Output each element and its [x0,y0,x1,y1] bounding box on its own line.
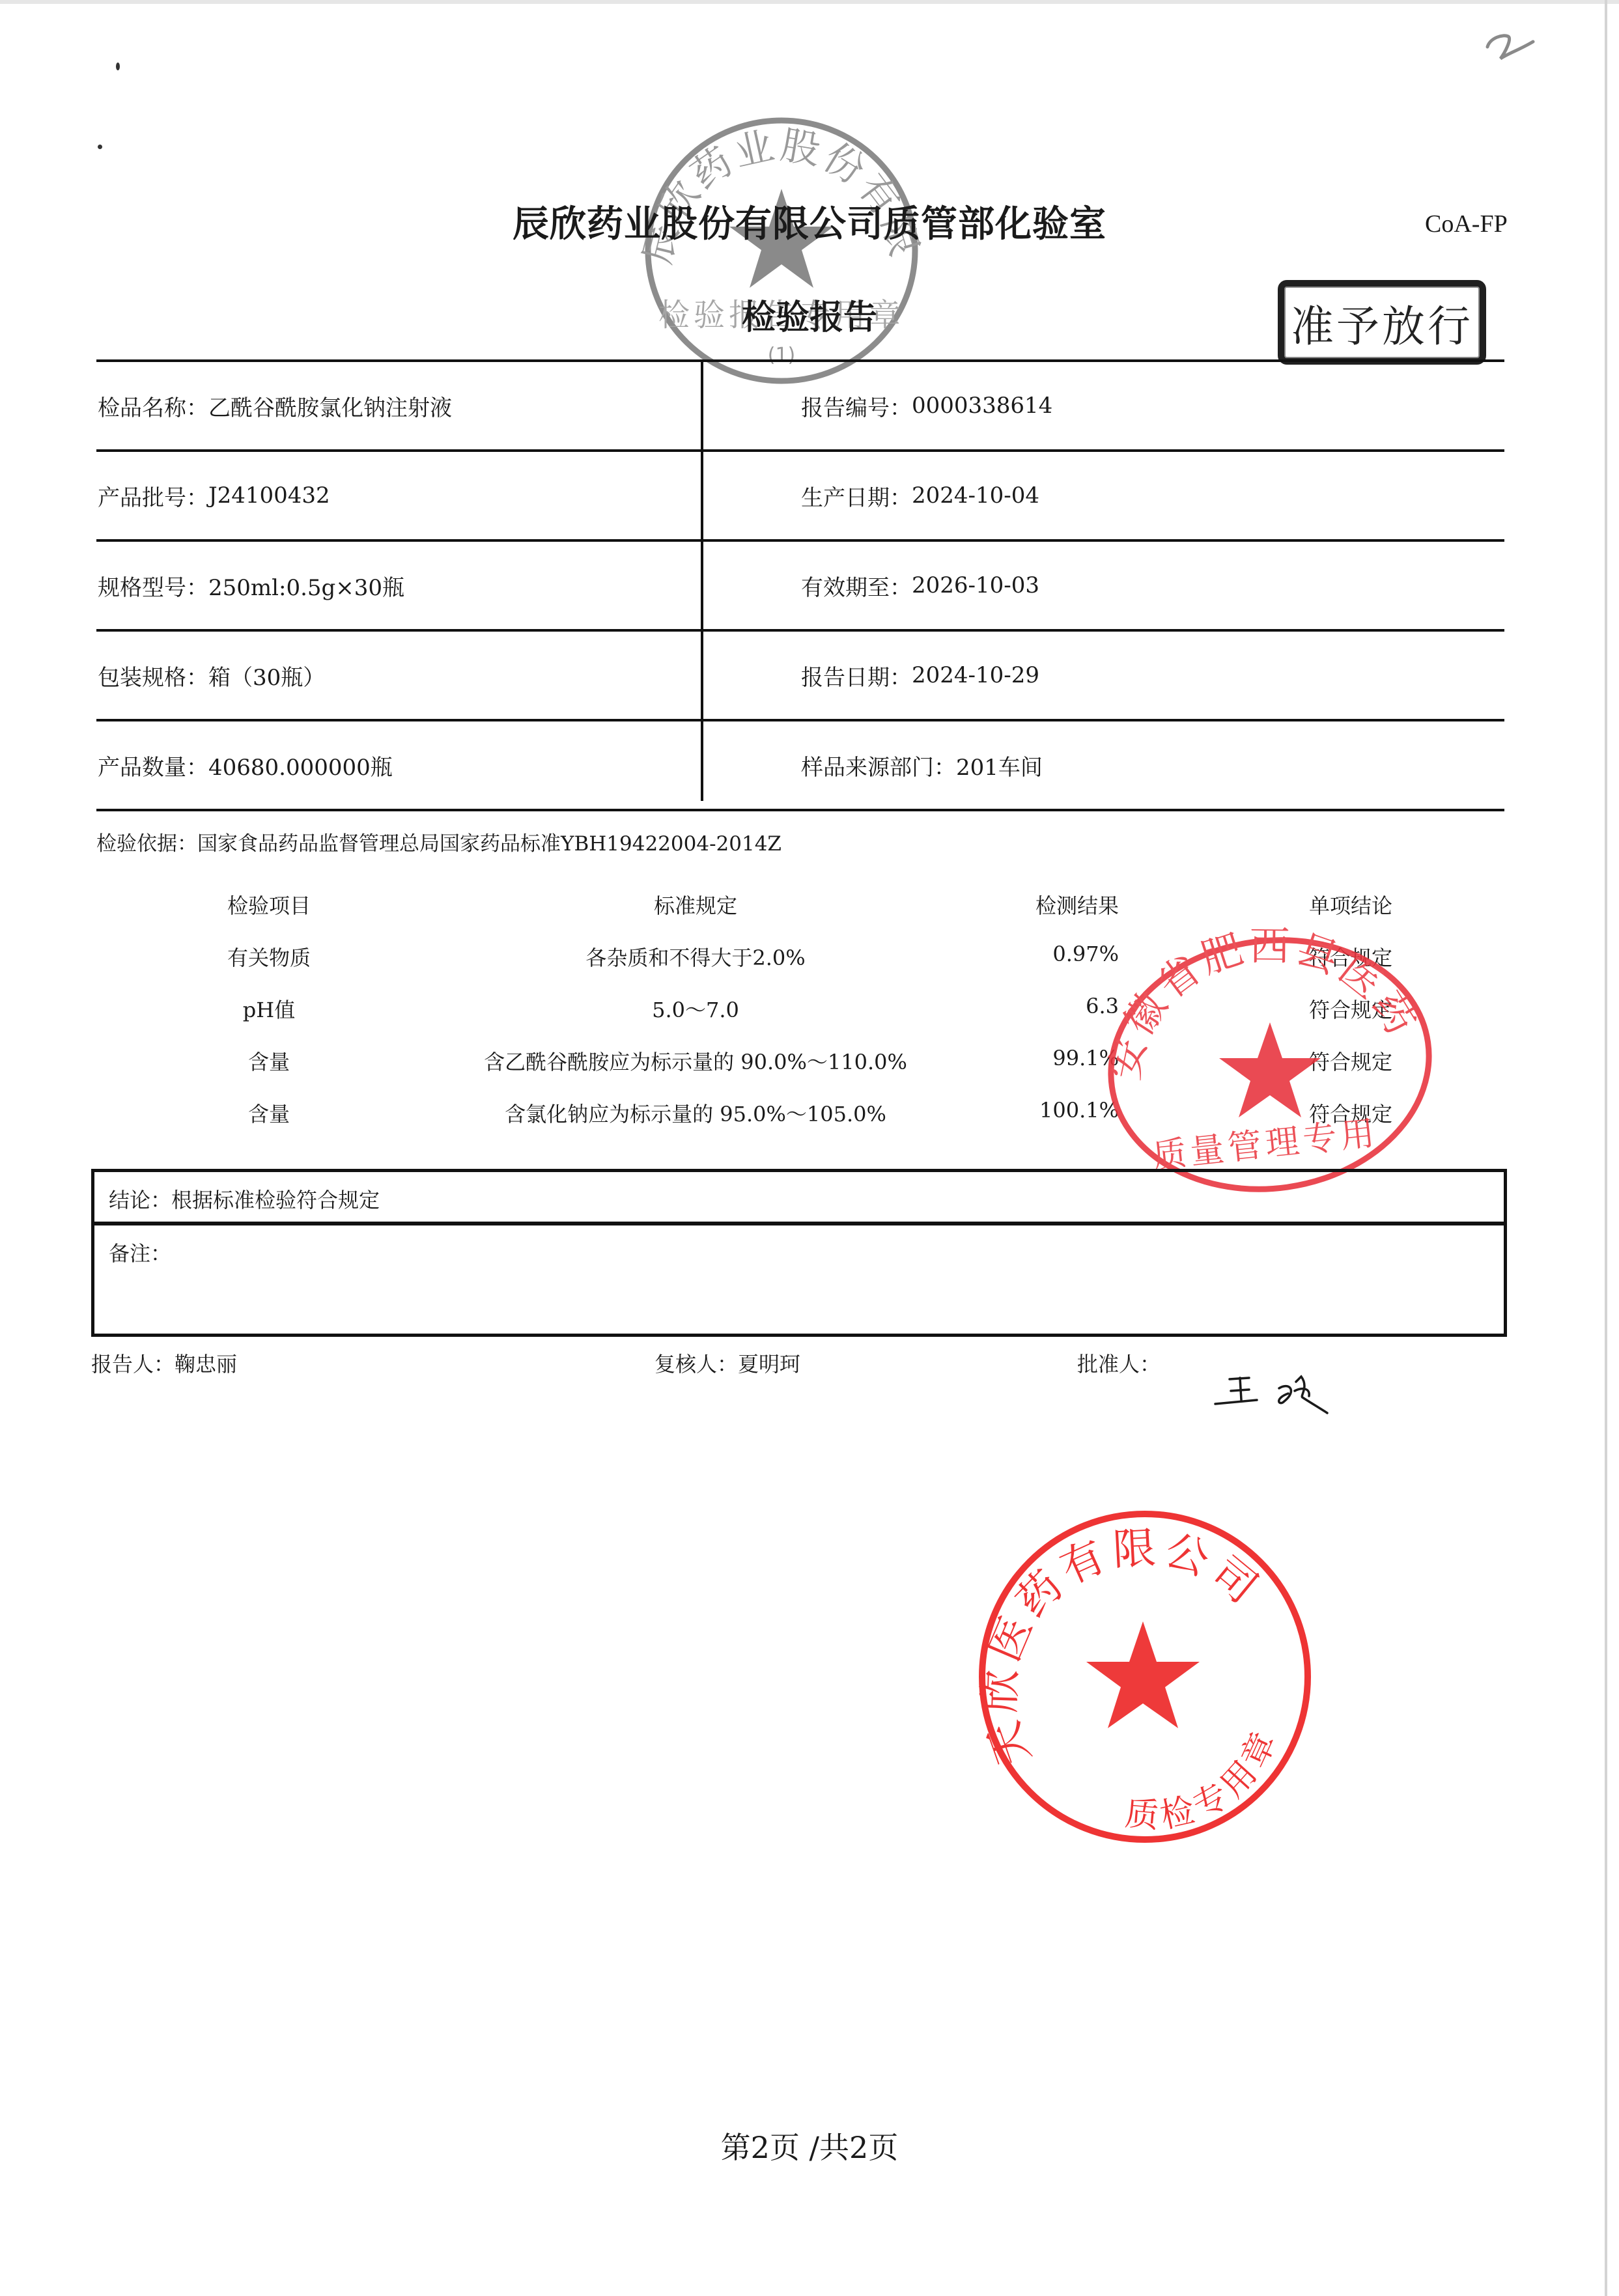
result-standard: 含氯化钠应为标示量的 95.0%～105.0% [402,1098,989,1128]
info-production-date: 生产日期：2024-10-04 [801,452,1039,539]
test-basis: 检验依据：国家食品药品监督管理总局国家药品标准YBH19422004-2014Z [96,827,781,856]
info-quantity: 产品数量：40680.000000瓶 [98,721,393,809]
page-number: 第2页 /共2页 [0,2124,1619,2167]
info-row: 检品名称：乙酰谷酰胺氯化钠注射液 报告编号：0000338614 [96,359,1504,449]
company-lab-title: 辰欣药业股份有限公司质管部化验室 [0,195,1619,247]
result-value: 100.1% [923,1098,1119,1123]
result-item: pH值 [171,994,367,1024]
info-sample-source: 样品来源部门：201车间 [801,721,1043,809]
result-standard: 5.0～7.0 [402,994,989,1024]
scan-right-edge [1605,0,1607,2296]
conclusion-row: 结论：根据标准检验符合规定 [94,1172,1504,1225]
conclusion-box: 结论：根据标准检验符合规定 备注： [91,1169,1507,1337]
info-expiry-date: 有效期至：2026-10-03 [801,542,1039,629]
info-report-date: 报告日期：2024-10-29 [801,632,1039,719]
remark-text: 备注： [109,1237,171,1267]
info-sample-name: 检品名称：乙酰谷酰胺氯化钠注射液 [98,362,452,449]
table-divider [701,359,703,801]
result-value: 0.97% [923,942,1119,966]
gray-company-seal: 辰欣药业股份有限公司 检验报告专用章 (1) [625,111,938,384]
red-company-qc-seal: 天欣医药有限公司 质检专用章 [964,1498,1329,1862]
scan-speck [116,63,120,70]
handwritten-page-mark [1478,25,1543,64]
reviewer: 复核人：夏明珂 [655,1348,800,1378]
red-distributor-qa-seal: 安徽省肥西县医药 质量管理专用 [1101,925,1439,1198]
results-header-row: 检验项目 标准规定 检测结果 单项结论 [96,879,1504,931]
result-value: 99.1% [923,1046,1119,1071]
result-item: 有关物质 [171,942,367,972]
info-report-number: 报告编号：0000338614 [801,362,1052,449]
header-conclusion: 单项结论 [1197,889,1392,919]
product-info-table: 检品名称：乙酰谷酰胺氯化钠注射液 报告编号：0000338614 产品批号：J2… [96,359,1504,811]
info-row: 包装规格：箱（30瓶） 报告日期：2024-10-29 [96,629,1504,719]
document-code: CoA-FP [1425,210,1508,238]
result-standard: 含乙酰谷酰胺应为标示量的 90.0%～110.0% [402,1046,989,1076]
svg-text:天欣医药有限公司: 天欣医药有限公司 [974,1522,1271,1772]
header-standard: 标准规定 [402,889,989,919]
scan-top-edge [0,0,1619,4]
info-packaging: 包装规格：箱（30瓶） [98,632,325,719]
header-result: 检测结果 [923,889,1119,919]
approver-label: 批准人： [1077,1348,1161,1378]
reporter: 报告人：鞠忠丽 [91,1348,237,1378]
result-standard: 各杂质和不得大于2.0% [402,942,989,972]
result-item: 含量 [171,1046,367,1076]
approver-signature [1211,1367,1335,1420]
release-approved-stamp: 准予放行 [1278,280,1486,365]
svg-text:质检专用章: 质检专用章 [1123,1722,1286,1836]
scan-speck [98,145,102,149]
info-row: 产品批号：J24100432 生产日期：2024-10-04 [96,449,1504,539]
info-specification: 规格型号：250ml:0.5g×30瓶 [98,542,404,629]
info-batch-number: 产品批号：J24100432 [98,452,330,539]
header-test-item: 检验项目 [171,889,367,919]
conclusion-text: 结论：根据标准检验符合规定 [109,1184,380,1214]
result-value: 6.3 [923,994,1119,1018]
info-row: 规格型号：250ml:0.5g×30瓶 有效期至：2026-10-03 [96,539,1504,629]
result-item: 含量 [171,1098,367,1128]
info-row: 产品数量：40680.000000瓶 样品来源部门：201车间 [96,719,1504,811]
